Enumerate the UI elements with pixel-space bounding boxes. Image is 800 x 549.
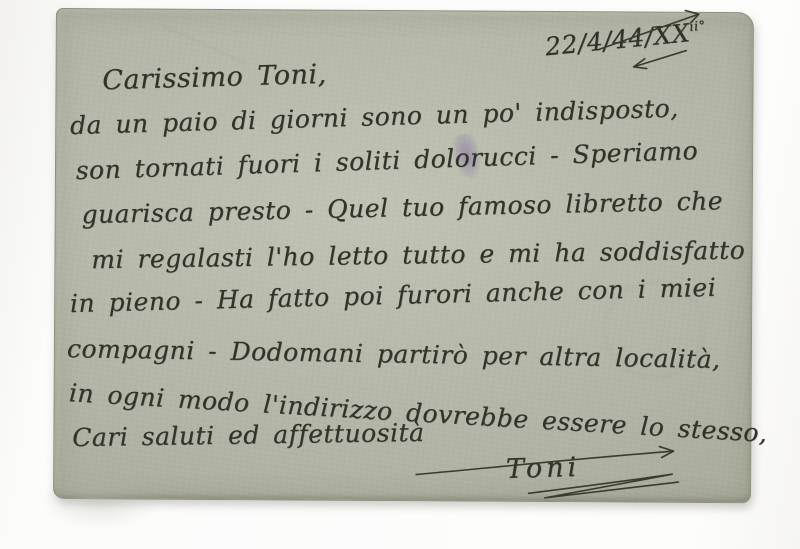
signature-block: Toni (409, 436, 731, 513)
scanned-postcard-image: 22/4/44/XXii° Carissimo Toni, da un paio… (0, 0, 800, 549)
postcard: 22/4/44/XXii° Carissimo Toni, da un paio… (53, 8, 754, 503)
letter-line: compagni - Dodomani partirò per altra lo… (67, 334, 748, 390)
paper-crease (164, 0, 260, 64)
signature: Toni (506, 452, 581, 485)
date-era-superscript: ii° (689, 19, 707, 36)
letter-body: Carissimo Toni, da un paio di giorni son… (64, 65, 746, 471)
date-era: XX (652, 18, 691, 50)
